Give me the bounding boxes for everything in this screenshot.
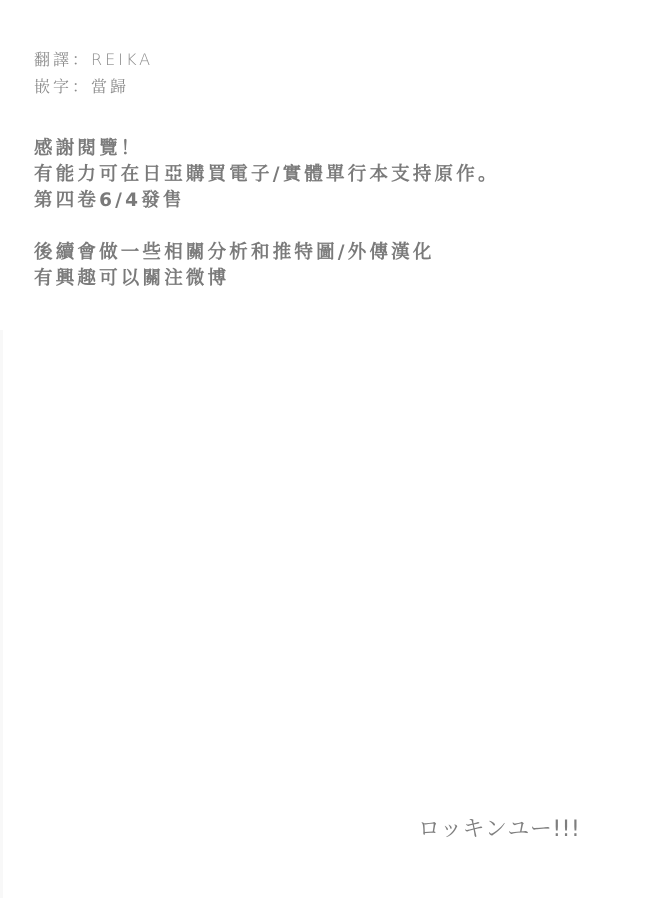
page-edge-shadow	[0, 330, 3, 898]
translator-credit: 翻譯：REIKA	[34, 46, 153, 73]
credits-block: 翻譯：REIKA 嵌字：當歸	[34, 46, 153, 100]
thanks-line: 感謝閱覽！	[34, 136, 500, 162]
thanks-message: 感謝閱覽！ 有能力可在日亞購買電子/實體單行本支持原作。 第四卷6/4發售 後續…	[34, 136, 500, 292]
follow-line: 有興趣可以關注微博	[34, 266, 500, 292]
future-work-line: 後續會做一些相關分析和推特圖/外傳漢化	[34, 240, 500, 266]
support-line: 有能力可在日亞購買電子/實體單行本支持原作。	[34, 162, 500, 188]
signoff-text: ロッキンユー!!!	[418, 812, 580, 843]
release-line: 第四卷6/4發售	[34, 188, 500, 214]
typesetter-credit: 嵌字：當歸	[34, 73, 153, 100]
